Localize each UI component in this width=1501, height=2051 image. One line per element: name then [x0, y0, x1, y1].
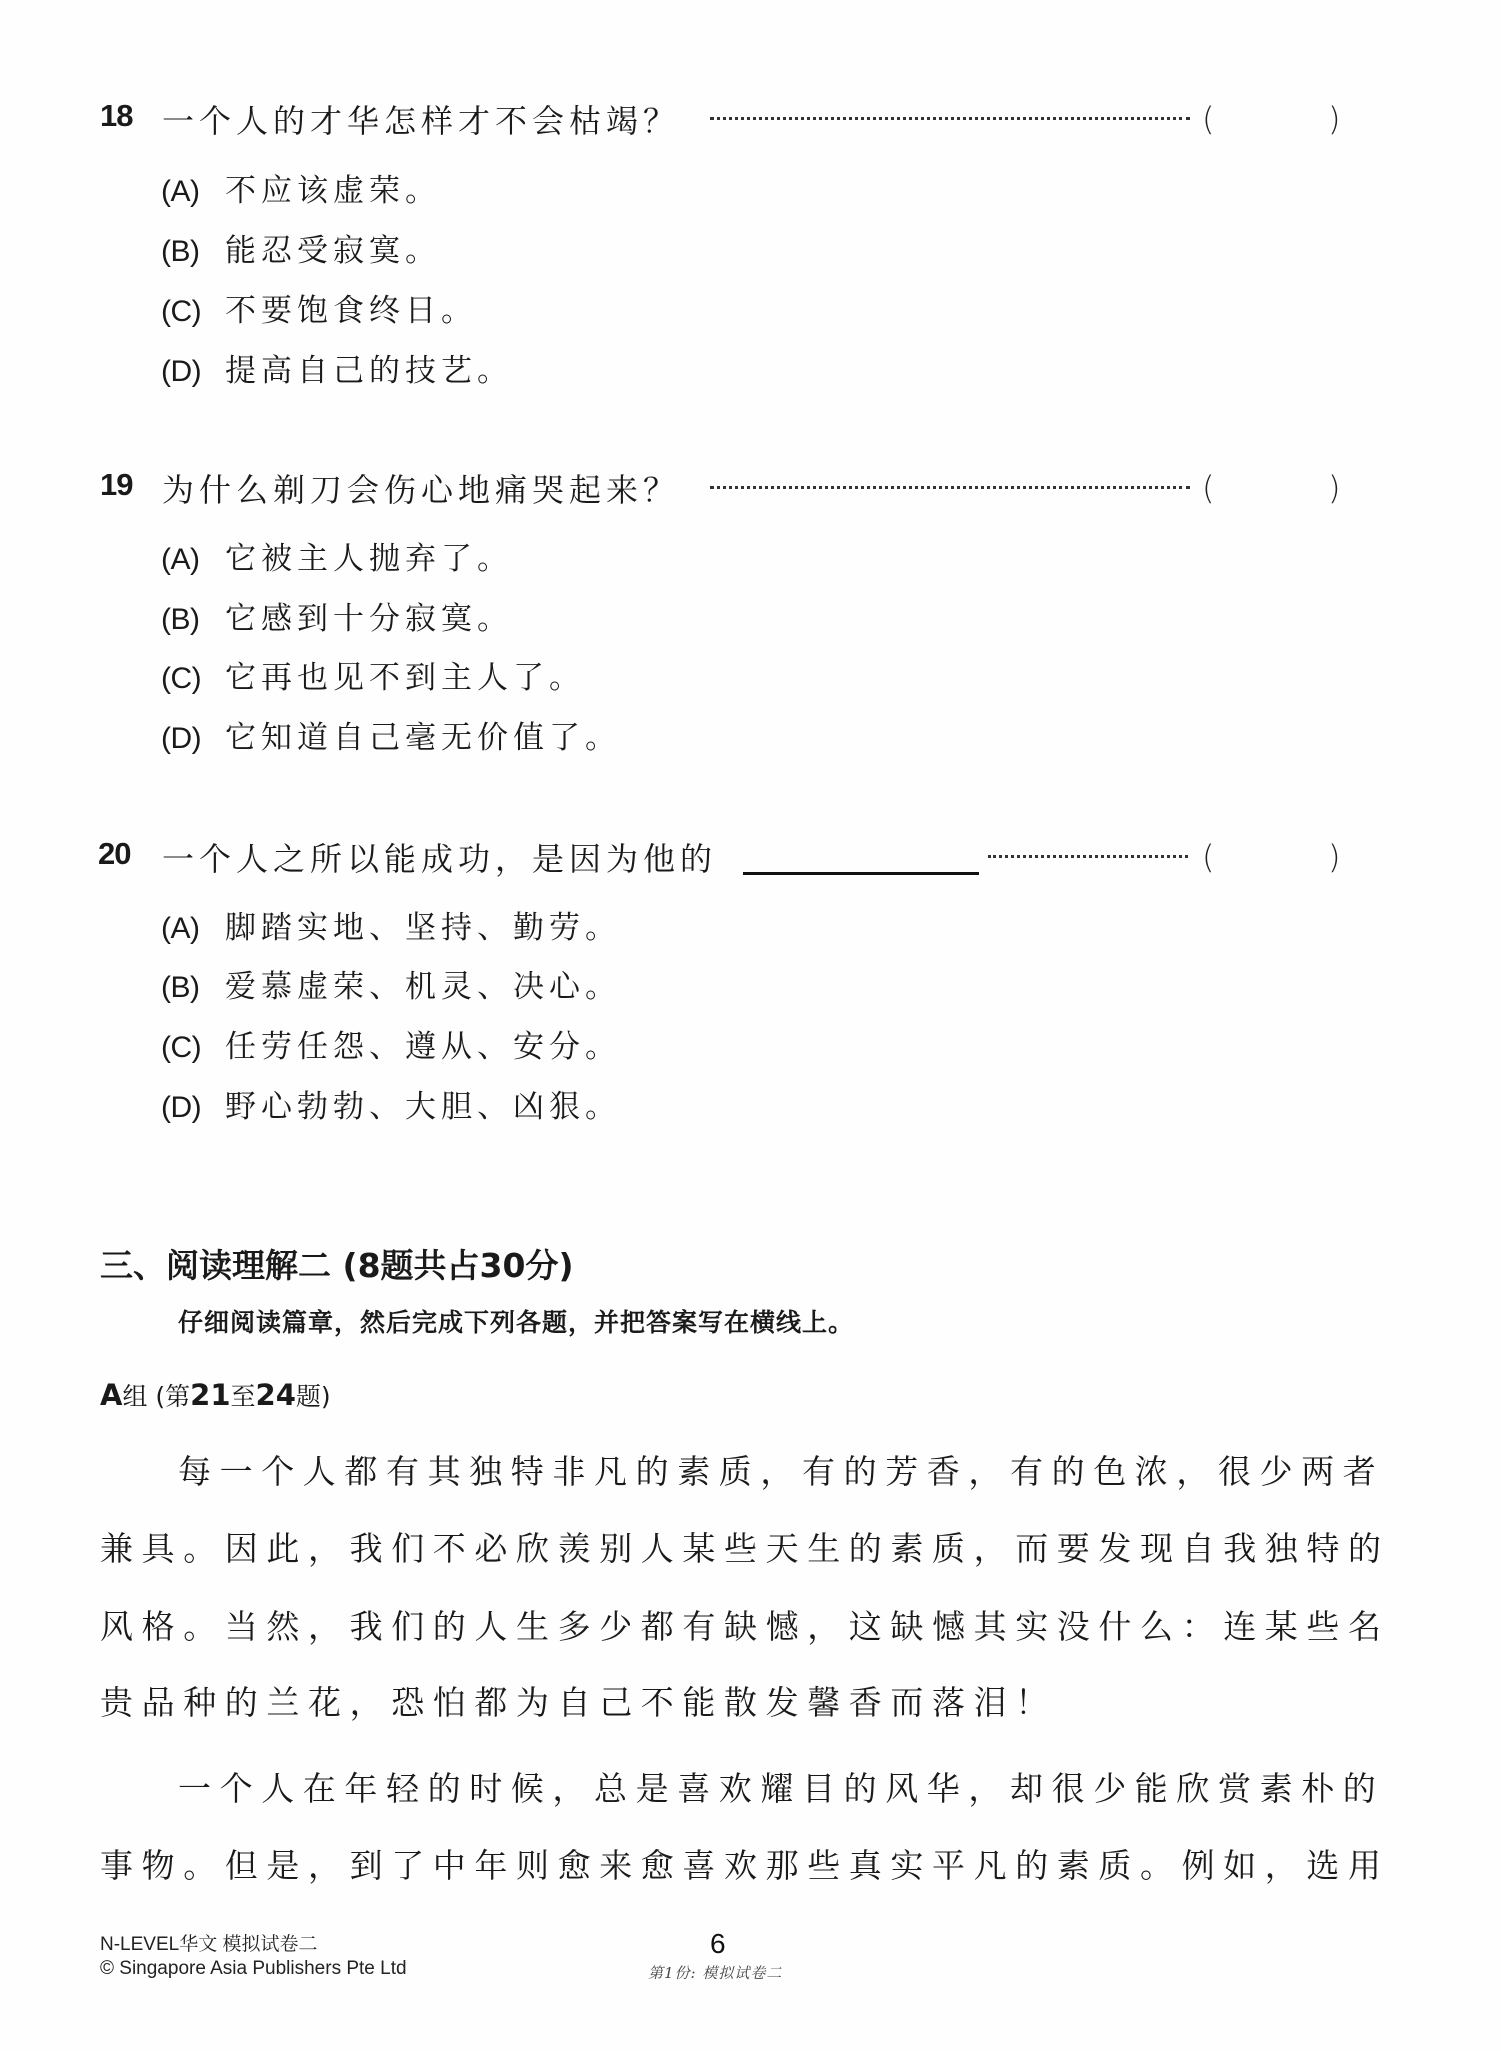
option-letter: (B) — [161, 971, 225, 1005]
question-number: 19 — [100, 467, 132, 503]
group-from: 21 — [190, 1378, 230, 1412]
option-letter: (D) — [161, 355, 225, 389]
option-d: (D)野心勃勃、大胆、凶狠。 — [161, 1081, 621, 1126]
option-text: 能忍受寂寞。 — [225, 225, 441, 270]
book-title: N-LEVEL华文 模拟试卷二 — [100, 1933, 407, 1957]
page-number: 6 — [710, 1928, 726, 1960]
option-a: (A)脚踏实地、坚持、勤劳。 — [161, 902, 621, 947]
group-to-word: 至 — [231, 1382, 256, 1411]
answer-bracket-open[interactable]: ( — [1202, 469, 1214, 507]
option-text: 任劳任怨、遵从、安分。 — [225, 1021, 621, 1066]
option-a: (A)它被主人抛弃了。 — [161, 533, 513, 578]
option-letter: (C) — [161, 295, 225, 329]
answer-bracket-open[interactable]: ( — [1202, 100, 1214, 138]
passage-line: 兼具。因此，我们不必欣羡别人某些天生的素质，而要发现自我独特的 — [100, 1523, 1390, 1570]
option-c: (C)不要饱食终日。 — [161, 285, 477, 330]
option-d: (D)它知道自己毫无价值了。 — [161, 712, 621, 757]
fill-in-blank-line[interactable] — [743, 872, 979, 875]
dotted-leader — [988, 855, 1188, 858]
option-letter: (A) — [161, 543, 225, 577]
passage-line: 风格。当然，我们的人生多少都有缺憾，这缺憾其实没什么：连某些名 — [100, 1601, 1390, 1648]
group-letter: A — [100, 1378, 122, 1412]
option-b: (B)它感到十分寂寞。 — [161, 593, 513, 638]
option-text: 它感到十分寂寞。 — [225, 593, 513, 638]
dotted-leader — [710, 117, 1190, 120]
question-text: 一个人之所以能成功，是因为他的 — [162, 834, 717, 880]
option-d: (D)提高自己的技艺。 — [161, 345, 513, 390]
question-text: 一个人的才华怎样才不会枯竭？ — [162, 96, 680, 142]
option-text: 不应该虚荣。 — [225, 165, 441, 210]
group-suffix: 题) — [296, 1382, 331, 1411]
option-text: 它再也见不到主人了。 — [225, 652, 585, 697]
passage-line: 每一个人都有其独特非凡的素质，有的芳香，有的色浓，很少两者 — [178, 1446, 1384, 1493]
option-letter: (B) — [161, 603, 225, 637]
option-c: (C)任劳任怨、遵从、安分。 — [161, 1021, 621, 1066]
question-text: 为什么剃刀会伤心地痛哭起来？ — [162, 465, 680, 511]
option-text: 脚踏实地、坚持、勤劳。 — [225, 902, 621, 947]
section-title: 三、阅读理解二 (8题共占30分) — [100, 1240, 574, 1287]
group-word: 组 (第 — [122, 1382, 190, 1411]
question-number: 20 — [98, 836, 130, 872]
option-text: 爱慕虚荣、机灵、决心。 — [225, 961, 621, 1006]
option-text: 它被主人抛弃了。 — [225, 533, 513, 578]
copyright: © Singapore Asia Publishers Pte Ltd — [100, 1957, 407, 1981]
paper-stamp: 第1份: 模拟试卷二 — [648, 1962, 782, 1983]
passage-line: 一个人在年轻的时候，总是喜欢耀目的风华，却很少能欣赏素朴的 — [178, 1763, 1384, 1810]
option-letter: (C) — [161, 662, 225, 696]
option-letter: (A) — [161, 912, 225, 946]
option-letter: (D) — [161, 722, 225, 756]
option-text: 提高自己的技艺。 — [225, 345, 513, 390]
option-b: (B)能忍受寂寞。 — [161, 225, 441, 270]
option-letter: (B) — [161, 235, 225, 269]
option-text: 不要饱食终日。 — [225, 285, 477, 330]
option-letter: (C) — [161, 1031, 225, 1065]
question-number: 18 — [100, 98, 132, 134]
dotted-leader — [710, 486, 1190, 489]
answer-bracket-close: ) — [1328, 469, 1340, 507]
option-text: 它知道自己毫无价值了。 — [225, 712, 621, 757]
section-instruction: 仔细阅读篇章，然后完成下列各题，并把答案写在横线上。 — [178, 1303, 854, 1339]
passage-line: 事物。但是，到了中年则愈来愈喜欢那些真实平凡的素质。例如，选用 — [100, 1840, 1390, 1887]
passage-line: 贵品种的兰花，恐怕都为自己不能散发馨香而落泪！ — [100, 1677, 1057, 1724]
answer-bracket-close: ) — [1328, 100, 1340, 138]
option-letter: (A) — [161, 175, 225, 209]
option-c: (C)它再也见不到主人了。 — [161, 652, 585, 697]
option-letter: (D) — [161, 1091, 225, 1125]
option-text: 野心勃勃、大胆、凶狠。 — [225, 1081, 621, 1126]
option-a: (A)不应该虚荣。 — [161, 165, 441, 210]
option-b: (B)爱慕虚荣、机灵、决心。 — [161, 961, 621, 1006]
group-to: 24 — [256, 1378, 296, 1412]
footer-info: N-LEVEL华文 模拟试卷二 © Singapore Asia Publish… — [100, 1933, 407, 1981]
answer-bracket-close: ) — [1328, 838, 1340, 876]
answer-bracket-open[interactable]: ( — [1202, 838, 1214, 876]
group-label: A组 (第21至24题) — [100, 1377, 331, 1413]
